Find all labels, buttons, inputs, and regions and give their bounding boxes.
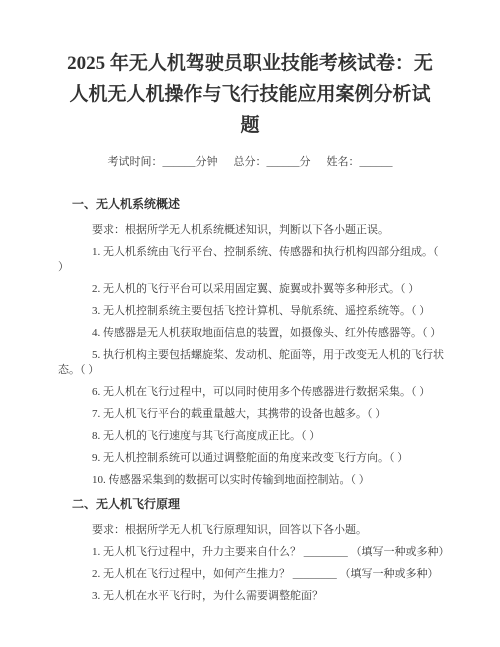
question-item: 7. 无人机飞行平台的载重量越大，其携带的设备也越多。（ ） [58,407,446,422]
section-heading: 二、无人机飞行原理 [72,495,446,512]
question-item: 3. 无人机在水平飞行时，为什么需要调整舵面？ [58,589,446,604]
question-item: 5. 执行机构主要包括螺旋桨、发动机、舵面等，用于改变无人机的飞行状态。（ ） [58,348,446,378]
name-field: 姓名：______ [327,153,393,169]
question-item: 2. 无人机的飞行平台可以采用固定翼、旋翼或扑翼等多种形式。（ ） [58,282,446,297]
exam-body: 一、无人机系统概述 要求：根据所学无人机系统概述知识，判断以下各小题正误。 1.… [0,195,500,604]
question-item: 6. 无人机在飞行过程中，可以同时使用多个传感器进行数据采集。（ ） [58,385,446,400]
section-heading: 一、无人机系统概述 [72,195,446,212]
section-requirement: 要求：根据所学无人机飞行原理知识，回答以下各小题。 [58,523,446,538]
question-list: 1. 无人机系统由飞行平台、控制系统、传感器和执行机构四部分组成。（ ）2. 无… [58,245,446,488]
question-item: 9. 无人机控制系统可以通过调整舵面的角度来改变飞行方向。（ ） [58,451,446,466]
section-uav-system-overview: 一、无人机系统概述 要求：根据所学无人机系统概述知识，判断以下各小题正误。 1.… [58,195,446,488]
question-item: 1. 无人机飞行过程中，升力主要来自什么？ ________ （填写一种或多种） [58,545,446,560]
question-item: 4. 传感器是无人机获取地面信息的装置，如摄像头、红外传感器等。（ ） [58,326,446,341]
question-item: 2. 无人机在飞行过程中，如何产生推力？ ________ （填写一种或多种） [58,567,446,582]
exam-paper-page: 2025 年无人机驾驶员职业技能考核试卷：无人机无人机操作与飞行技能应用案例分析… [0,0,500,647]
question-list: 1. 无人机飞行过程中，升力主要来自什么？ ________ （填写一种或多种）… [58,545,446,604]
question-item: 8. 无人机的飞行速度与其飞行高度成正比。（ ） [58,429,446,444]
question-item: 3. 无人机控制系统主要包括飞控计算机、导航系统、遥控系统等。（ ） [58,304,446,319]
exam-time-field: 考试时间：______分钟 [108,153,218,169]
total-score-field: 总分：______分 [234,153,311,169]
question-item: 1. 无人机系统由飞行平台、控制系统、传感器和执行机构四部分组成。（ ） [58,245,446,275]
exam-info-line: 考试时间：______分钟 总分：______分 姓名：______ [0,153,500,169]
section-uav-flight-principles: 二、无人机飞行原理 要求：根据所学无人机飞行原理知识，回答以下各小题。 1. 无… [58,495,446,604]
page-title: 2025 年无人机驾驶员职业技能考核试卷：无人机无人机操作与飞行技能应用案例分析… [64,48,436,141]
question-item: 10. 传感器采集到的数据可以实时传输到地面控制站。（ ） [58,473,446,488]
section-requirement: 要求：根据所学无人机系统概述知识，判断以下各小题正误。 [58,223,446,238]
